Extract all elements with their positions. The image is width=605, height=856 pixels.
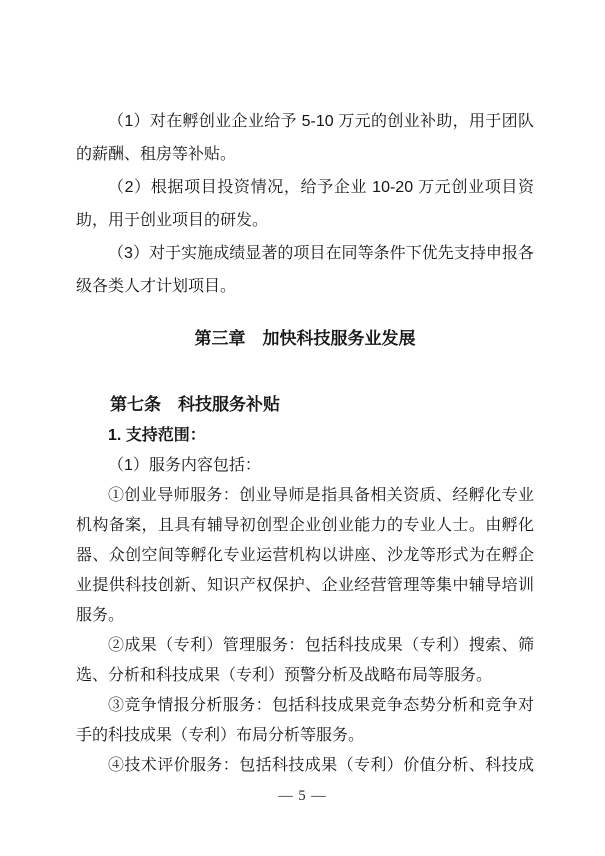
document-body: （1）对在孵创业企业给予 5-10 万元的创业补助，用于团队的薪酬、租房等补贴。… xyxy=(76,105,534,781)
paragraph-subsidy-2: （2）根据项目投资情况，给予企业 10-20 万元创业项目资助，用于创业项目的研… xyxy=(76,171,534,237)
service-item-4-truncated: ④技术评价服务：包括科技成果（专利）价值分析、科技成 xyxy=(76,751,534,781)
service-item-3: ③竞争情报分析服务：包括科技成果竞争态势分析和竞争对手的科技成果（专利）布局分析… xyxy=(76,691,534,751)
chapter-heading: 第三章 加快科技服务业发展 xyxy=(76,322,534,355)
content-heading: （1）服务内容包括： xyxy=(76,451,534,481)
scope-heading: 1. 支持范围： xyxy=(76,421,534,451)
document-page: （1）对在孵创业企业给予 5-10 万元的创业补助，用于团队的薪酬、租房等补贴。… xyxy=(0,0,605,856)
page-number: — 5 — xyxy=(0,787,605,805)
article-heading: 第七条 科技服务补贴 xyxy=(76,388,534,421)
service-item-2: ②成果（专利）管理服务：包括科技成果（专利）搜索、筛选、分析和科技成果（专利）预… xyxy=(76,631,534,691)
paragraph-subsidy-1: （1）对在孵创业企业给予 5-10 万元的创业补助，用于团队的薪酬、租房等补贴。 xyxy=(76,105,534,171)
service-item-1: ①创业导师服务：创业导师是指具备相关资质、经孵化专业机构备案，且具有辅导初创型企… xyxy=(76,481,534,631)
paragraph-subsidy-3: （3）对于实施成绩显著的项目在同等条件下优先支持申报各级各类人才计划项目。 xyxy=(76,237,534,303)
